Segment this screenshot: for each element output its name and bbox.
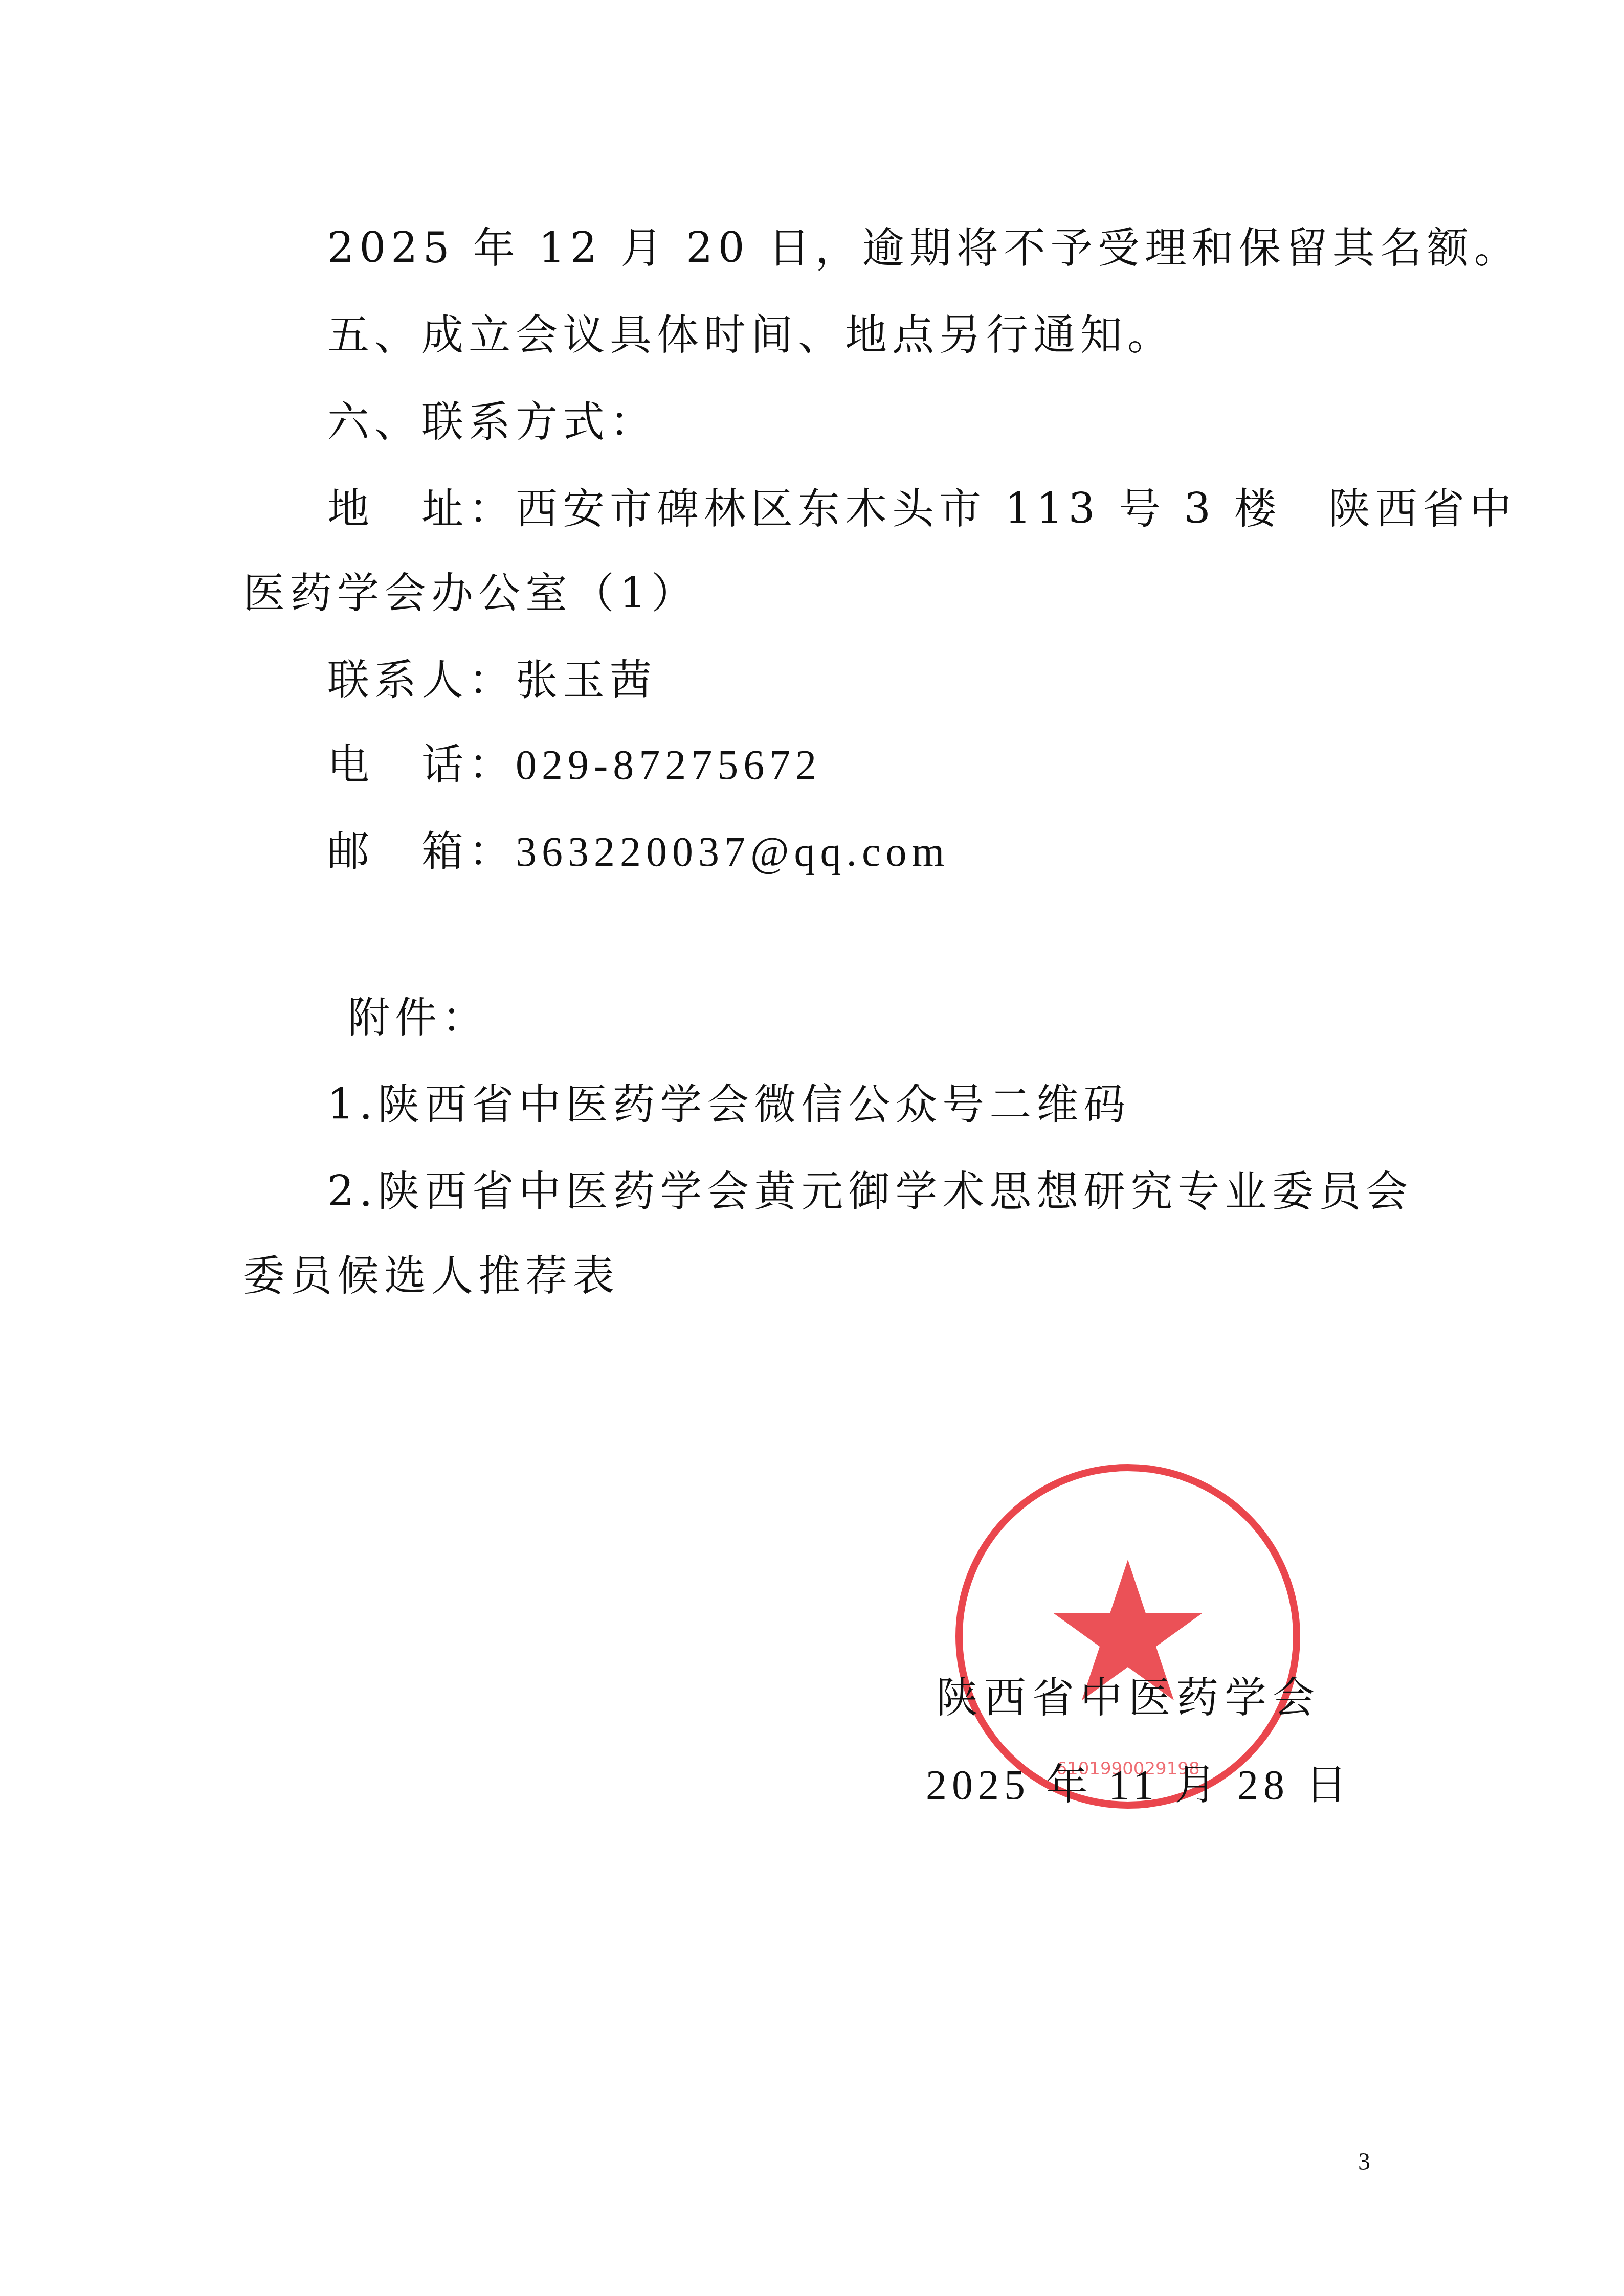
page-number: 3 <box>1358 2148 1370 2176</box>
signature-org: 陕西省中医药学会 <box>936 1677 1321 1719</box>
paragraph-deadline: 2025 年 12 月 20 日，逾期将不予受理和保留其名额。 <box>327 228 1521 269</box>
email-row: 邮 箱：363220037@qq.com <box>327 831 949 873</box>
paragraph-contact-heading: 六、联系方式： <box>327 401 657 443</box>
address-row: 地 址：西安市碑林区东木头市 113 号 3 楼 陕西省中 <box>327 488 1517 530</box>
attachments-heading: 附件： <box>348 997 489 1039</box>
address-value: 西安市碑林区东木头市 113 号 3 楼 陕西省中 <box>516 485 1517 533</box>
address-label: 地 址： <box>327 485 516 533</box>
email-label: 邮 箱： <box>327 827 516 876</box>
phone-row: 电 话：029-87275672 <box>327 744 821 786</box>
contact-person-row: 联系人：张玉茜 <box>327 660 657 702</box>
contact-person-value: 张玉茜 <box>516 656 657 705</box>
phone-label: 电 话： <box>327 740 516 789</box>
contact-person-label: 联系人： <box>327 656 516 705</box>
email-value: 363220037@qq.com <box>516 828 949 875</box>
attachment-item-2-continued: 委员候选人推荐表 <box>243 1255 619 1297</box>
paragraph-meeting-notice: 五、成立会议具体时间、地点另行通知。 <box>327 314 1174 356</box>
attachment-item-2: 2.陕西省中医药学会黄元御学术思想研究专业委员会 <box>327 1171 1413 1213</box>
attachment-item-1: 1.陕西省中医药学会微信公众号二维码 <box>327 1084 1130 1126</box>
phone-value: 029-87275672 <box>516 741 821 788</box>
address-continued: 医药学会办公室（1） <box>243 573 698 615</box>
signature-date: 2025 年 11 月 28 日 <box>926 1764 1352 1806</box>
